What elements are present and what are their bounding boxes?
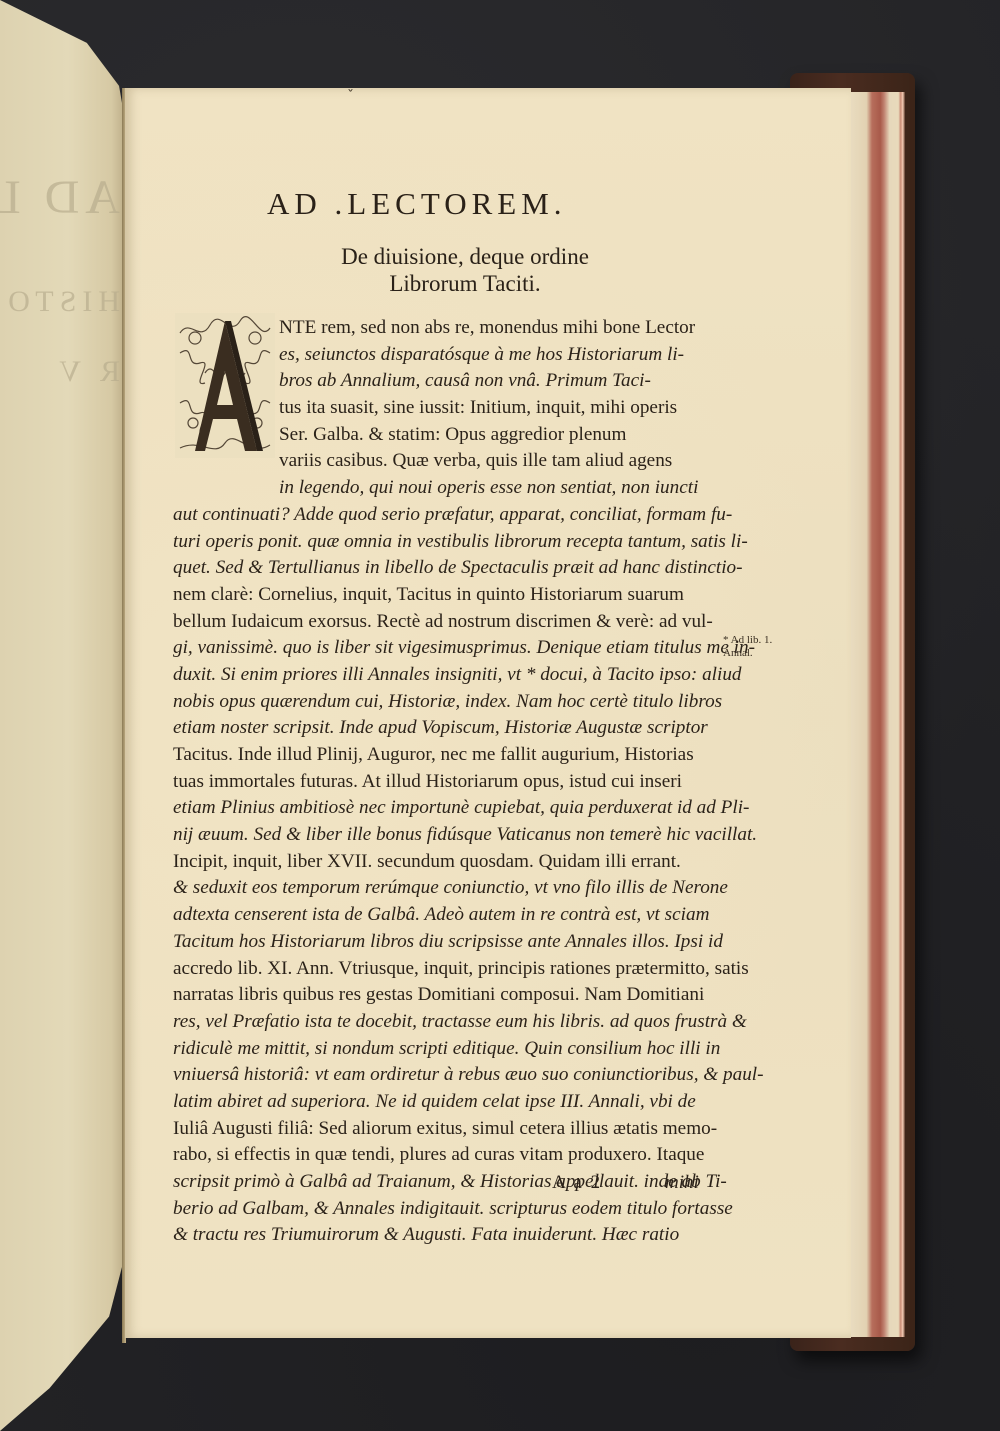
text-line: gi, vanissimè. quo is liber sit vigesimu… (173, 635, 748, 662)
page-fore-edge (850, 92, 905, 1337)
text-line: bros ab Annalium, causâ non vnâ. Primum … (173, 368, 748, 395)
text-line: adtexta censerent ista de Galbâ. Adeò au… (173, 902, 748, 929)
margin-note-line: Annal. (723, 647, 783, 660)
text-line: Ser. Galba. & statim: Opus aggredior ple… (173, 422, 748, 449)
text-line: accredo lib. XI. Ann. Vtriusque, inquit,… (173, 956, 748, 983)
text-line: nem clarè: Cornelius, inquit, Tacitus in… (173, 582, 748, 609)
text-line: tuas immortales futuras. At illud Histor… (173, 769, 748, 796)
text-line: in legendo, qui noui operis esse non sen… (173, 475, 748, 502)
page-content: AD .LECTOREM. De diuisione, deque ordine… (125, 88, 851, 1338)
catchword: mihi (665, 1172, 699, 1194)
heading-line: De diuisione, deque ordine (245, 243, 685, 270)
show-through-text: HISTO (0, 285, 120, 319)
show-through-text: AD L (0, 170, 120, 225)
text-line: vniuersâ historiâ: vt eam ordiretur à re… (173, 1062, 748, 1089)
text-line: bellum Iudaicum exorsus. Rectè ad nostru… (173, 609, 748, 636)
text-line: scripsit primò à Galbâ ad Traianum, & Hi… (173, 1169, 748, 1196)
text-line: ridiculè me mittit, si nondum scripti ed… (173, 1036, 748, 1063)
show-through-text: R V (0, 355, 120, 389)
text-line: res, vel Præfatio ista te docebit, tract… (173, 1009, 748, 1036)
body-text: NTE rem, sed non abs re, monendus mihi b… (173, 315, 748, 1249)
text-line: & seduxit eos temporum rerúmque coniunct… (173, 875, 748, 902)
text-line: & tractu res Triumuirorum & Augusti. Fat… (173, 1222, 748, 1249)
text-line: Tacitum hos Historiarum libros diu scrip… (173, 929, 748, 956)
text-line: quet. Sed & Tertullianus in libello de S… (173, 555, 748, 582)
left-page: AD L HISTO R V (0, 0, 124, 1431)
text-line: berio ad Galbam, & Annales indigitauit. … (173, 1196, 748, 1223)
text-line: Iuliâ Augusti filiâ: Sed aliorum exitus,… (173, 1116, 748, 1143)
text-line: es, seiunctos disparatósque à me hos His… (173, 342, 748, 369)
right-page: ˇ AD .LECTOREM. De diuisione, deque ordi… (125, 88, 851, 1338)
text-line: tus ita suasit, sine iussit: Initium, in… (173, 395, 748, 422)
text-line: etiam Plinius ambitiosè nec importunè cu… (173, 795, 748, 822)
text-line: Tacitus. Inde illud Plinij, Auguror, nec… (173, 742, 748, 769)
text-line: duxit. Si enim priores illi Annales insi… (173, 662, 748, 689)
text-line: NTE rem, sed non abs re, monendus mihi b… (173, 315, 748, 342)
text-line: narratas libris quibus res gestas Domiti… (173, 982, 748, 1009)
signature-mark: A a 2 (552, 1172, 602, 1194)
text-line: rabo, si effectis in quæ tendi, plures a… (173, 1142, 748, 1169)
text-line: nobis opus quærendum cui, Historiæ, inde… (173, 689, 748, 716)
margin-note: * Ad lib. 1. Annal. (723, 634, 783, 660)
text-line: variis casibus. Quæ verba, quis ille tam… (173, 448, 748, 475)
text-line: etiam noster scripsit. Inde apud Vopiscu… (173, 715, 748, 742)
margin-note-line: * Ad lib. 1. (723, 634, 783, 647)
text-line: turi operis ponit. quæ omnia in vestibul… (173, 529, 748, 556)
text-line: aut continuati? Adde quod serio præfatur… (173, 502, 748, 529)
section-heading: De diuisione, deque ordine Librorum Taci… (245, 243, 685, 297)
running-title: AD .LECTOREM. (267, 186, 687, 222)
text-line: nij æuum. Sed & liber ille bonus fidúsqu… (173, 822, 748, 849)
text-line: Incipit, inquit, liber XVII. secundum qu… (173, 849, 748, 876)
text-line: latim abiret ad superiora. Ne id quidem … (173, 1089, 748, 1116)
heading-line: Librorum Taciti. (245, 270, 685, 297)
